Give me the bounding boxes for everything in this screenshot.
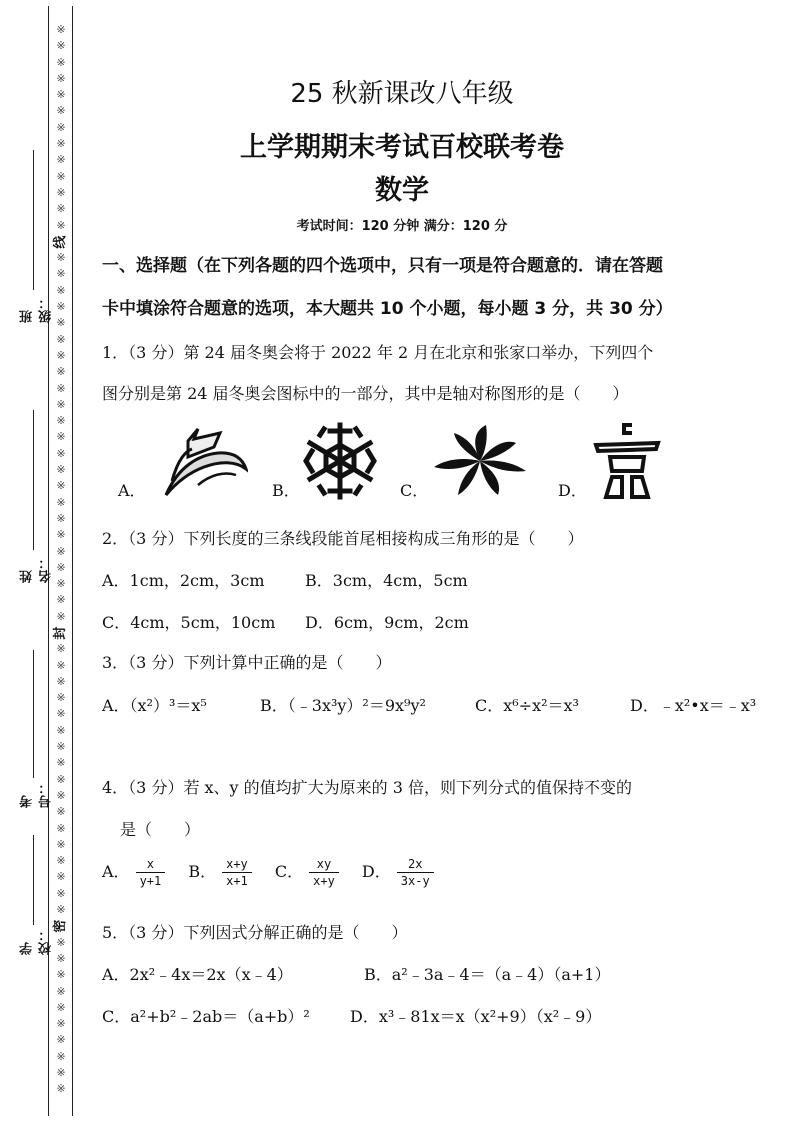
numerator: x (136, 857, 166, 873)
name-label: 姓名： (18, 555, 42, 583)
seal-mark: ※ (53, 592, 69, 608)
seal-mark: ※ (53, 218, 69, 234)
seal-mark: ※ (53, 1081, 69, 1097)
binding-margin: ※※※※※※※※※※※※※线※※※※※※※※※※※※※※※※※※※※※※※封※※… (0, 0, 80, 1122)
q5-options-row-2: C．a²+b²﹣2ab＝（a+b）²D．x³﹣81x＝x（x²+9）（x²﹣9） (102, 1004, 601, 1027)
seal-mark: ※ (53, 103, 69, 119)
q1-option-d[interactable]: D． (558, 415, 678, 505)
q4-option-b[interactable]: B．x+yx+1 (188, 857, 269, 888)
inukshuk-logo-icon (592, 419, 662, 501)
seal-mark: ※ (53, 250, 69, 266)
seal-mark: ※ (53, 71, 69, 87)
seal-mark: ※ (53, 462, 69, 478)
seal-mark: ※ (53, 609, 69, 625)
seal-mark: ※ (53, 1032, 69, 1048)
fraction: 2x3x-y (397, 857, 434, 888)
option-label: C． (275, 862, 303, 881)
seal-mark: ※ (53, 348, 69, 364)
seal-word: 封 (53, 625, 69, 641)
q5-option-c[interactable]: C．a²+b²﹣2ab＝（a+b）² (102, 1004, 350, 1027)
denominator: x+1 (222, 873, 252, 888)
q2-options-row-2: C．4cm，5cm，10cmD．6cm，9cm，2cm (102, 610, 469, 633)
seal-mark: ※ (53, 495, 69, 511)
seal-mark: ※ (53, 984, 69, 1000)
seal-mark: ※ (53, 739, 69, 755)
q4-options-row: A．xy+1 B．x+yx+1 C．xyx+y D．2x3x-y (102, 857, 452, 888)
denominator: 3x-y (397, 873, 434, 888)
seal-mark: ※ (53, 821, 69, 837)
q2-option-b[interactable]: B．3cm，4cm，5cm (305, 568, 468, 591)
q4-option-a[interactable]: A．xy+1 (102, 857, 183, 888)
fraction: xy+1 (136, 857, 166, 888)
seal-mark: ※ (53, 169, 69, 185)
seal-mark: ※ (53, 413, 69, 429)
q2-option-c[interactable]: C．4cm，5cm，10cm (102, 610, 305, 633)
option-label: D． (558, 478, 587, 501)
seal-mark: ※ (53, 1016, 69, 1032)
seal-mark: ※ (53, 185, 69, 201)
seal-word: 线 (53, 234, 69, 250)
q4-option-d[interactable]: D．2x3x-y (362, 857, 452, 888)
seal-mark: ※ (53, 511, 69, 527)
q3-option-a[interactable]: A．（x²）³＝x⁵ (102, 693, 260, 716)
q3-options-row: A．（x²）³＝x⁵B．（﹣3x³y）²＝9x⁹y²C．x⁶÷x²＝x³D．﹣x… (102, 693, 756, 716)
q1-stem-line-1: 1．（3 分）第 24 届冬奥会将于 2022 年 2 月在北京和张家口举办，下… (102, 340, 653, 363)
seal-mark: ※ (53, 266, 69, 282)
seal-mark: ※ (53, 38, 69, 54)
q5-stem: 5．（3 分）下列因式分解正确的是（ ） (102, 920, 407, 943)
option-label: A． (118, 478, 146, 501)
section-heading: 一、选择题（在下列各题的四个选项中，只有一项是符合题意的．请在答题 卡中填涂符合… (102, 245, 762, 331)
denominator: x+y (309, 873, 339, 888)
seal-mark: ※ (53, 136, 69, 152)
seal-mark: ※ (53, 1049, 69, 1065)
seal-mark: ※ (53, 886, 69, 902)
q3-option-d[interactable]: D．﹣x²•x＝﹣x³ (630, 693, 756, 716)
seal-mark: ※ (53, 755, 69, 771)
denominator: y+1 (136, 873, 166, 888)
q2-option-d[interactable]: D．6cm，9cm，2cm (305, 610, 469, 633)
seal-mark: ※ (53, 201, 69, 217)
seal-mark: ※ (53, 967, 69, 983)
seal-mark: ※ (53, 706, 69, 722)
seal-mark: ※ (53, 674, 69, 690)
title-line-2: 上学期期末考试百校联考卷 (102, 125, 702, 164)
seal-mark: ※ (53, 152, 69, 168)
q5-option-b[interactable]: B．a²﹣3a﹣4＝（a﹣4）（a+1） (364, 962, 610, 985)
seal-mark: ※ (53, 120, 69, 136)
q1-option-b[interactable]: B． (272, 415, 382, 505)
swoosh-logo-icon (158, 419, 248, 499)
q1-option-c[interactable]: C． (400, 415, 530, 505)
option-label: C． (400, 478, 428, 501)
margin-border-right (72, 6, 73, 1116)
q1-options: A． B． (102, 415, 702, 505)
q4-stem-line-1: 4．（3 分）若 x、y 的值均扩大为原来的 3 倍，则下列分式的值保持不变的 (102, 775, 632, 798)
q4-stem-line-2: 是（ ） (120, 817, 200, 840)
seal-mark: ※ (53, 641, 69, 657)
seal-mark: ※ (53, 478, 69, 494)
seal-mark: ※ (53, 87, 69, 103)
subject-title: 数学 (102, 168, 702, 207)
option-label: B． (188, 862, 216, 881)
school-label: 学校： (18, 927, 42, 955)
seal-mark: ※ (53, 364, 69, 380)
q3-stem: 3．（3 分）下列计算中正确的是（ ） (102, 650, 391, 673)
seal-mark: ※ (53, 381, 69, 397)
fraction: xyx+y (309, 857, 339, 888)
q2-option-a[interactable]: A．1cm，2cm，3cm (102, 568, 305, 591)
class-blank-line (33, 150, 34, 290)
seal-mark: ※ (53, 55, 69, 71)
snowflake-logo-icon (302, 421, 378, 501)
flower-logo-icon (432, 423, 528, 499)
seal-mark: ※ (53, 658, 69, 674)
q2-stem: 2．（3 分）下列长度的三条线段能首尾相接构成三角形的是（ ） (102, 526, 583, 549)
section-heading-line-1: 一、选择题（在下列各题的四个选项中，只有一项是符合题意的．请在答题 (102, 245, 762, 288)
option-label: A． (102, 862, 130, 881)
q3-option-c[interactable]: C．x⁶÷x²＝x³ (475, 693, 630, 716)
seal-mark: ※ (53, 902, 69, 918)
seal-mark: ※ (53, 869, 69, 885)
seal-mark: ※ (53, 690, 69, 706)
seal-mark: ※ (53, 837, 69, 853)
class-label: 班级： (18, 295, 42, 323)
school-blank-line (33, 835, 34, 925)
numerator: xy (309, 857, 339, 873)
exam-info: 考试时间：120 分钟 满分：120 分 (102, 215, 702, 234)
numerator: x+y (222, 857, 252, 873)
seal-mark: ※ (53, 429, 69, 445)
exam-number-label: 考号： (18, 780, 42, 808)
seal-mark: ※ (53, 332, 69, 348)
q5-options-row-1: A．2x²﹣4x＝2x（x﹣4）B．a²﹣3a﹣4＝（a﹣4）（a+1） (102, 962, 610, 985)
name-blank-line (33, 410, 34, 550)
q3-option-b[interactable]: B．（﹣3x³y）²＝9x⁹y² (260, 693, 475, 716)
fraction: x+yx+1 (222, 857, 252, 888)
seal-mark: ※ (53, 1000, 69, 1016)
q2-options-row-1: A．1cm，2cm，3cmB．3cm，4cm，5cm (102, 568, 468, 591)
exam-number-blank-line (33, 650, 34, 778)
seal-mark: ※ (53, 853, 69, 869)
option-label: D． (362, 862, 391, 881)
seal-mark: ※ (53, 1065, 69, 1081)
seal-mark: ※ (53, 723, 69, 739)
numerator: 2x (397, 857, 434, 873)
seal-mark: ※ (53, 446, 69, 462)
seal-mark: ※ (53, 22, 69, 38)
seal-mark: ※ (53, 527, 69, 543)
q5-option-d[interactable]: D．x³﹣81x＝x（x²+9）（x²﹣9） (350, 1004, 601, 1027)
q4-option-c[interactable]: C．xyx+y (275, 857, 357, 888)
q5-option-a[interactable]: A．2x²﹣4x＝2x（x﹣4） (102, 962, 364, 985)
section-heading-line-2: 卡中填涂符合题意的选项，本大题共 10 个小题，每小题 3 分，共 30 分） (102, 288, 762, 331)
option-label: B． (272, 478, 300, 501)
seal-mark: ※ (53, 397, 69, 413)
q1-option-a[interactable]: A． (118, 415, 248, 505)
q1-stem-line-2: 图分别是第 24 届冬奥会图标中的一部分，其中是轴对称图形的是（ ） (102, 381, 629, 404)
title-line-1: 25 秋新课改八年级 (102, 73, 702, 110)
